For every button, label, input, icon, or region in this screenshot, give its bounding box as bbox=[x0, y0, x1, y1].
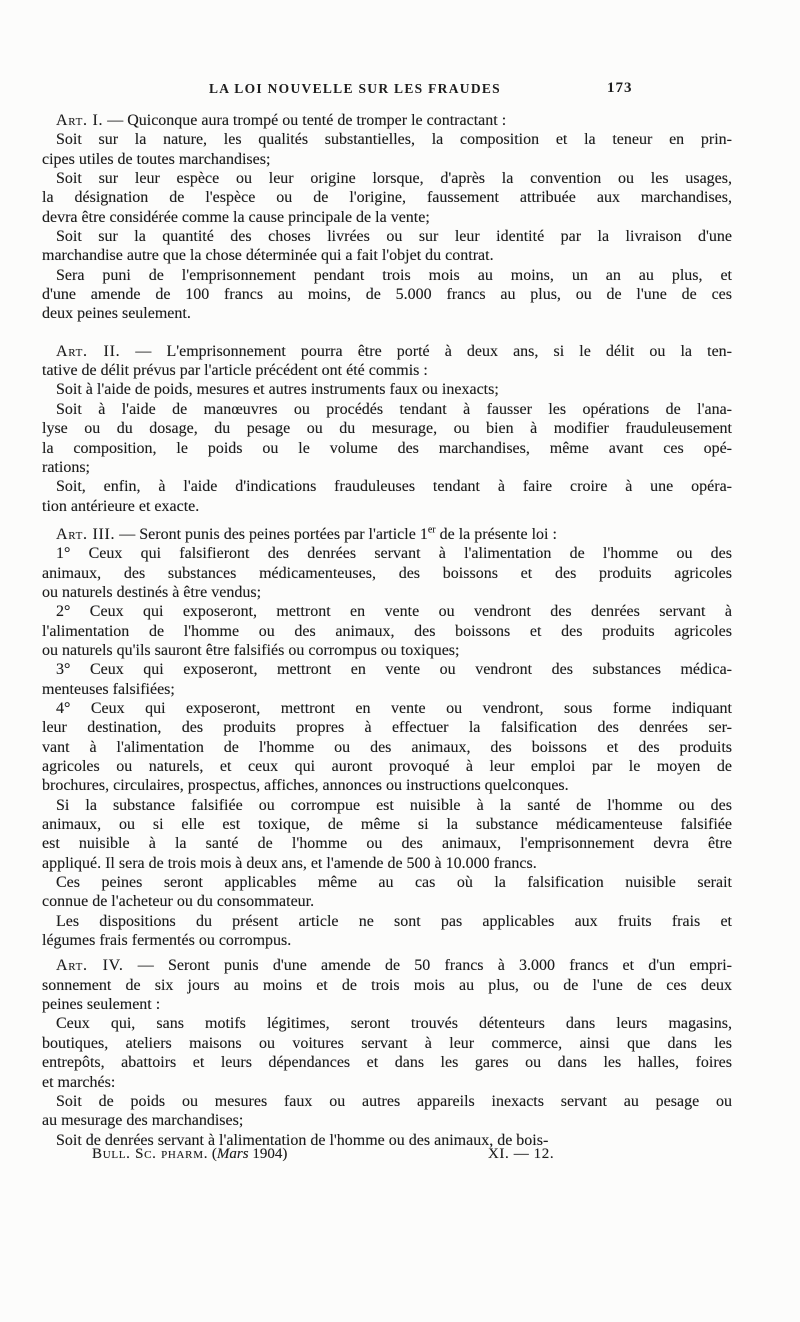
heading-line: Art. I. — Quiconque aura trompé ou tenté… bbox=[42, 111, 732, 130]
paragraph: Soit de poids ou mesures faux ou autres … bbox=[42, 1092, 732, 1131]
text-line: deux peines seulement. bbox=[42, 304, 732, 323]
page-body: Art. I. — Quiconque aura trompé ou tenté… bbox=[42, 111, 732, 1150]
issue-month: Mars bbox=[217, 1146, 249, 1162]
text-line: cipes utiles de toutes marchandises; bbox=[42, 150, 732, 169]
article-3-heading: Art. III. — Seront punis des peines port… bbox=[42, 525, 732, 544]
text-line: la composition, le poids ou le volume de… bbox=[42, 439, 732, 458]
paren-open: ( bbox=[208, 1146, 217, 1162]
heading-text-after: de la présente loi : bbox=[436, 526, 557, 543]
text-line: 2° Ceux qui exposeront, mettront en vent… bbox=[42, 602, 732, 621]
text-line: Soit, enfin, à l'aide d'indications frau… bbox=[42, 477, 732, 496]
text-line: Les dispositions du présent article ne s… bbox=[42, 912, 732, 931]
paragraph: Les dispositions du présent article ne s… bbox=[42, 912, 732, 951]
text-line: boutiques, ateliers maisons ou voitures … bbox=[42, 1034, 732, 1053]
heading-text: — L'emprisonnement pourra être porté à d… bbox=[120, 343, 732, 360]
article-3: Art. III. — Seront punis des peines port… bbox=[42, 525, 732, 951]
article-label: Art. III. bbox=[56, 526, 115, 543]
heading-continuation: sonnement de six jours au moins et de tr… bbox=[42, 976, 732, 1015]
paragraph: Soit à l'aide de manœuvres ou procédés t… bbox=[42, 400, 732, 477]
text-line: peines seulement : bbox=[42, 995, 732, 1014]
journal-name: Bull. Sc. pharm. bbox=[92, 1146, 208, 1162]
text-line: appliqué. Il sera de trois mois à deux a… bbox=[42, 854, 732, 873]
text-line: Si la substance falsifiée ou corrompue e… bbox=[42, 796, 732, 815]
text-line: Soit à l'aide de poids, mesures et autre… bbox=[42, 380, 732, 399]
text-line: au mesurage des marchandises; bbox=[42, 1111, 732, 1130]
article-1-heading: Art. I. — Quiconque aura trompé ou tenté… bbox=[42, 111, 732, 130]
article-2: Art. II. — L'emprisonnement pourra être … bbox=[42, 342, 732, 516]
text-line: vant à l'alimentation de l'homme ou des … bbox=[42, 738, 732, 757]
text-line: Soit de poids ou mesures faux ou autres … bbox=[42, 1092, 732, 1111]
heading-continuation: tative de délit prévus par l'article pré… bbox=[42, 361, 732, 380]
text-line: Sera puni de l'emprisonnement pendant tr… bbox=[42, 266, 732, 285]
article-1: Art. I. — Quiconque aura trompé ou tenté… bbox=[42, 111, 732, 324]
heading-line: Art. II. — L'emprisonnement pourra être … bbox=[42, 342, 732, 361]
text-line: Ceux qui, sans motifs légitimes, seront … bbox=[42, 1014, 732, 1033]
text-line: la désignation de l'espèce ou de l'origi… bbox=[42, 188, 732, 207]
article-label: Art. I. bbox=[56, 112, 103, 129]
text-line: légumes frais fermentés ou corrompus. bbox=[42, 931, 732, 950]
paragraph: 1° Ceux qui falsifieront des denrées ser… bbox=[42, 544, 732, 602]
text-line: sonnement de six jours au moins et de tr… bbox=[42, 976, 732, 995]
paragraph: Soit à l'aide de poids, mesures et autre… bbox=[42, 380, 732, 399]
text-line: marchandise autre que la chose déterminé… bbox=[42, 246, 732, 265]
text-line: brochures, circulaires, prospectus, affi… bbox=[42, 776, 732, 795]
text-line: leur destination, des produits propres à… bbox=[42, 718, 732, 737]
text-line: est nuisible à la santé de l'homme ou de… bbox=[42, 834, 732, 853]
text-line: Ces peines seront applicables même au ca… bbox=[42, 873, 732, 892]
volume-signature: XI. — 12. bbox=[488, 1146, 554, 1163]
heading-text: — Seront punis des peines portées par l'… bbox=[115, 526, 428, 543]
text-line: 1° Ceux qui falsifieront des denrées ser… bbox=[42, 544, 732, 563]
article-4: Art. IV. — Seront punis d'une amende de … bbox=[42, 956, 732, 1149]
paragraph: 2° Ceux qui exposeront, mettront en vent… bbox=[42, 602, 732, 660]
paragraph: 4° Ceux qui exposeront, mettront en vent… bbox=[42, 699, 732, 796]
journal-reference: Bull. Sc. pharm. (Mars 1904) bbox=[92, 1146, 287, 1163]
text-line: menteuses falsifiées; bbox=[42, 680, 732, 699]
text-line: animaux, des substances médicamenteuses,… bbox=[42, 564, 732, 583]
text-line: et marchés: bbox=[42, 1073, 732, 1092]
heading-text: — Seront punis d'une amende de 50 francs… bbox=[124, 957, 732, 974]
scanned-document-page: LA LOI NOUVELLE SUR LES FRAUDES 173 Art.… bbox=[0, 0, 800, 1322]
article-label: Art. IV. bbox=[56, 957, 124, 974]
text-line: devra être considérée comme la cause pri… bbox=[42, 208, 732, 227]
text-line: Soit sur la quantité des choses livrées … bbox=[42, 227, 732, 246]
text-line: tative de délit prévus par l'article pré… bbox=[42, 361, 732, 380]
paragraph: Sera puni de l'emprisonnement pendant tr… bbox=[42, 266, 732, 324]
article-4-heading: Art. IV. — Seront punis d'une amende de … bbox=[42, 956, 732, 1014]
text-line: animaux, ou si elle est toxique, de même… bbox=[42, 815, 732, 834]
text-line: Soit sur leur espèce ou leur origine lor… bbox=[42, 169, 732, 188]
text-line: tion antérieure et exacte. bbox=[42, 497, 732, 516]
heading-text: — Quiconque aura trompé ou tenté de trom… bbox=[103, 112, 506, 129]
heading-line: Art. IV. — Seront punis d'une amende de … bbox=[42, 956, 732, 975]
text-line: ou naturels qu'ils sauront être falsifié… bbox=[42, 641, 732, 660]
paren-close: 1904) bbox=[249, 1146, 288, 1162]
text-line: 3° Ceux qui exposeront, mettront en vent… bbox=[42, 660, 732, 679]
running-header-title: LA LOI NOUVELLE SUR LES FRAUDES bbox=[209, 81, 501, 97]
text-line: agricoles ou naturels, et ceux qui auron… bbox=[42, 757, 732, 776]
text-line: lyse ou du dosage, du pesage ou du mesur… bbox=[42, 419, 732, 438]
paragraph: Soit sur la nature, les qualités substan… bbox=[42, 130, 732, 169]
ordinal-superscript: er bbox=[428, 525, 436, 536]
text-line: Soit sur la nature, les qualités substan… bbox=[42, 130, 732, 149]
paragraph: Ces peines seront applicables même au ca… bbox=[42, 873, 732, 912]
heading-line: Art. III. — Seront punis des peines port… bbox=[42, 525, 732, 544]
text-line: 4° Ceux qui exposeront, mettront en vent… bbox=[42, 699, 732, 718]
paragraph: Soit, enfin, à l'aide d'indications frau… bbox=[42, 477, 732, 516]
paragraph: Soit sur leur espèce ou leur origine lor… bbox=[42, 169, 732, 227]
text-line: ou naturels destinés à être vendus; bbox=[42, 583, 732, 602]
paragraph: Si la substance falsifiée ou corrompue e… bbox=[42, 796, 732, 873]
article-label: Art. II. bbox=[56, 343, 120, 360]
paragraph: 3° Ceux qui exposeront, mettront en vent… bbox=[42, 660, 732, 699]
paragraph: Ceux qui, sans motifs légitimes, seront … bbox=[42, 1014, 732, 1091]
text-line: connue de l'acheteur ou du consommateur. bbox=[42, 892, 732, 911]
text-line: rations; bbox=[42, 458, 732, 477]
article-2-heading: Art. II. — L'emprisonnement pourra être … bbox=[42, 342, 732, 381]
text-line: l'alimentation de l'homme ou des animaux… bbox=[42, 622, 732, 641]
text-line: Soit à l'aide de manœuvres ou procédés t… bbox=[42, 400, 732, 419]
page-number: 173 bbox=[607, 80, 633, 97]
text-line: entrepôts, abattoirs et leurs dépendance… bbox=[42, 1053, 732, 1072]
text-line: d'une amende de 100 francs au moins, de … bbox=[42, 285, 732, 304]
paragraph: Soit sur la quantité des choses livrées … bbox=[42, 227, 732, 266]
